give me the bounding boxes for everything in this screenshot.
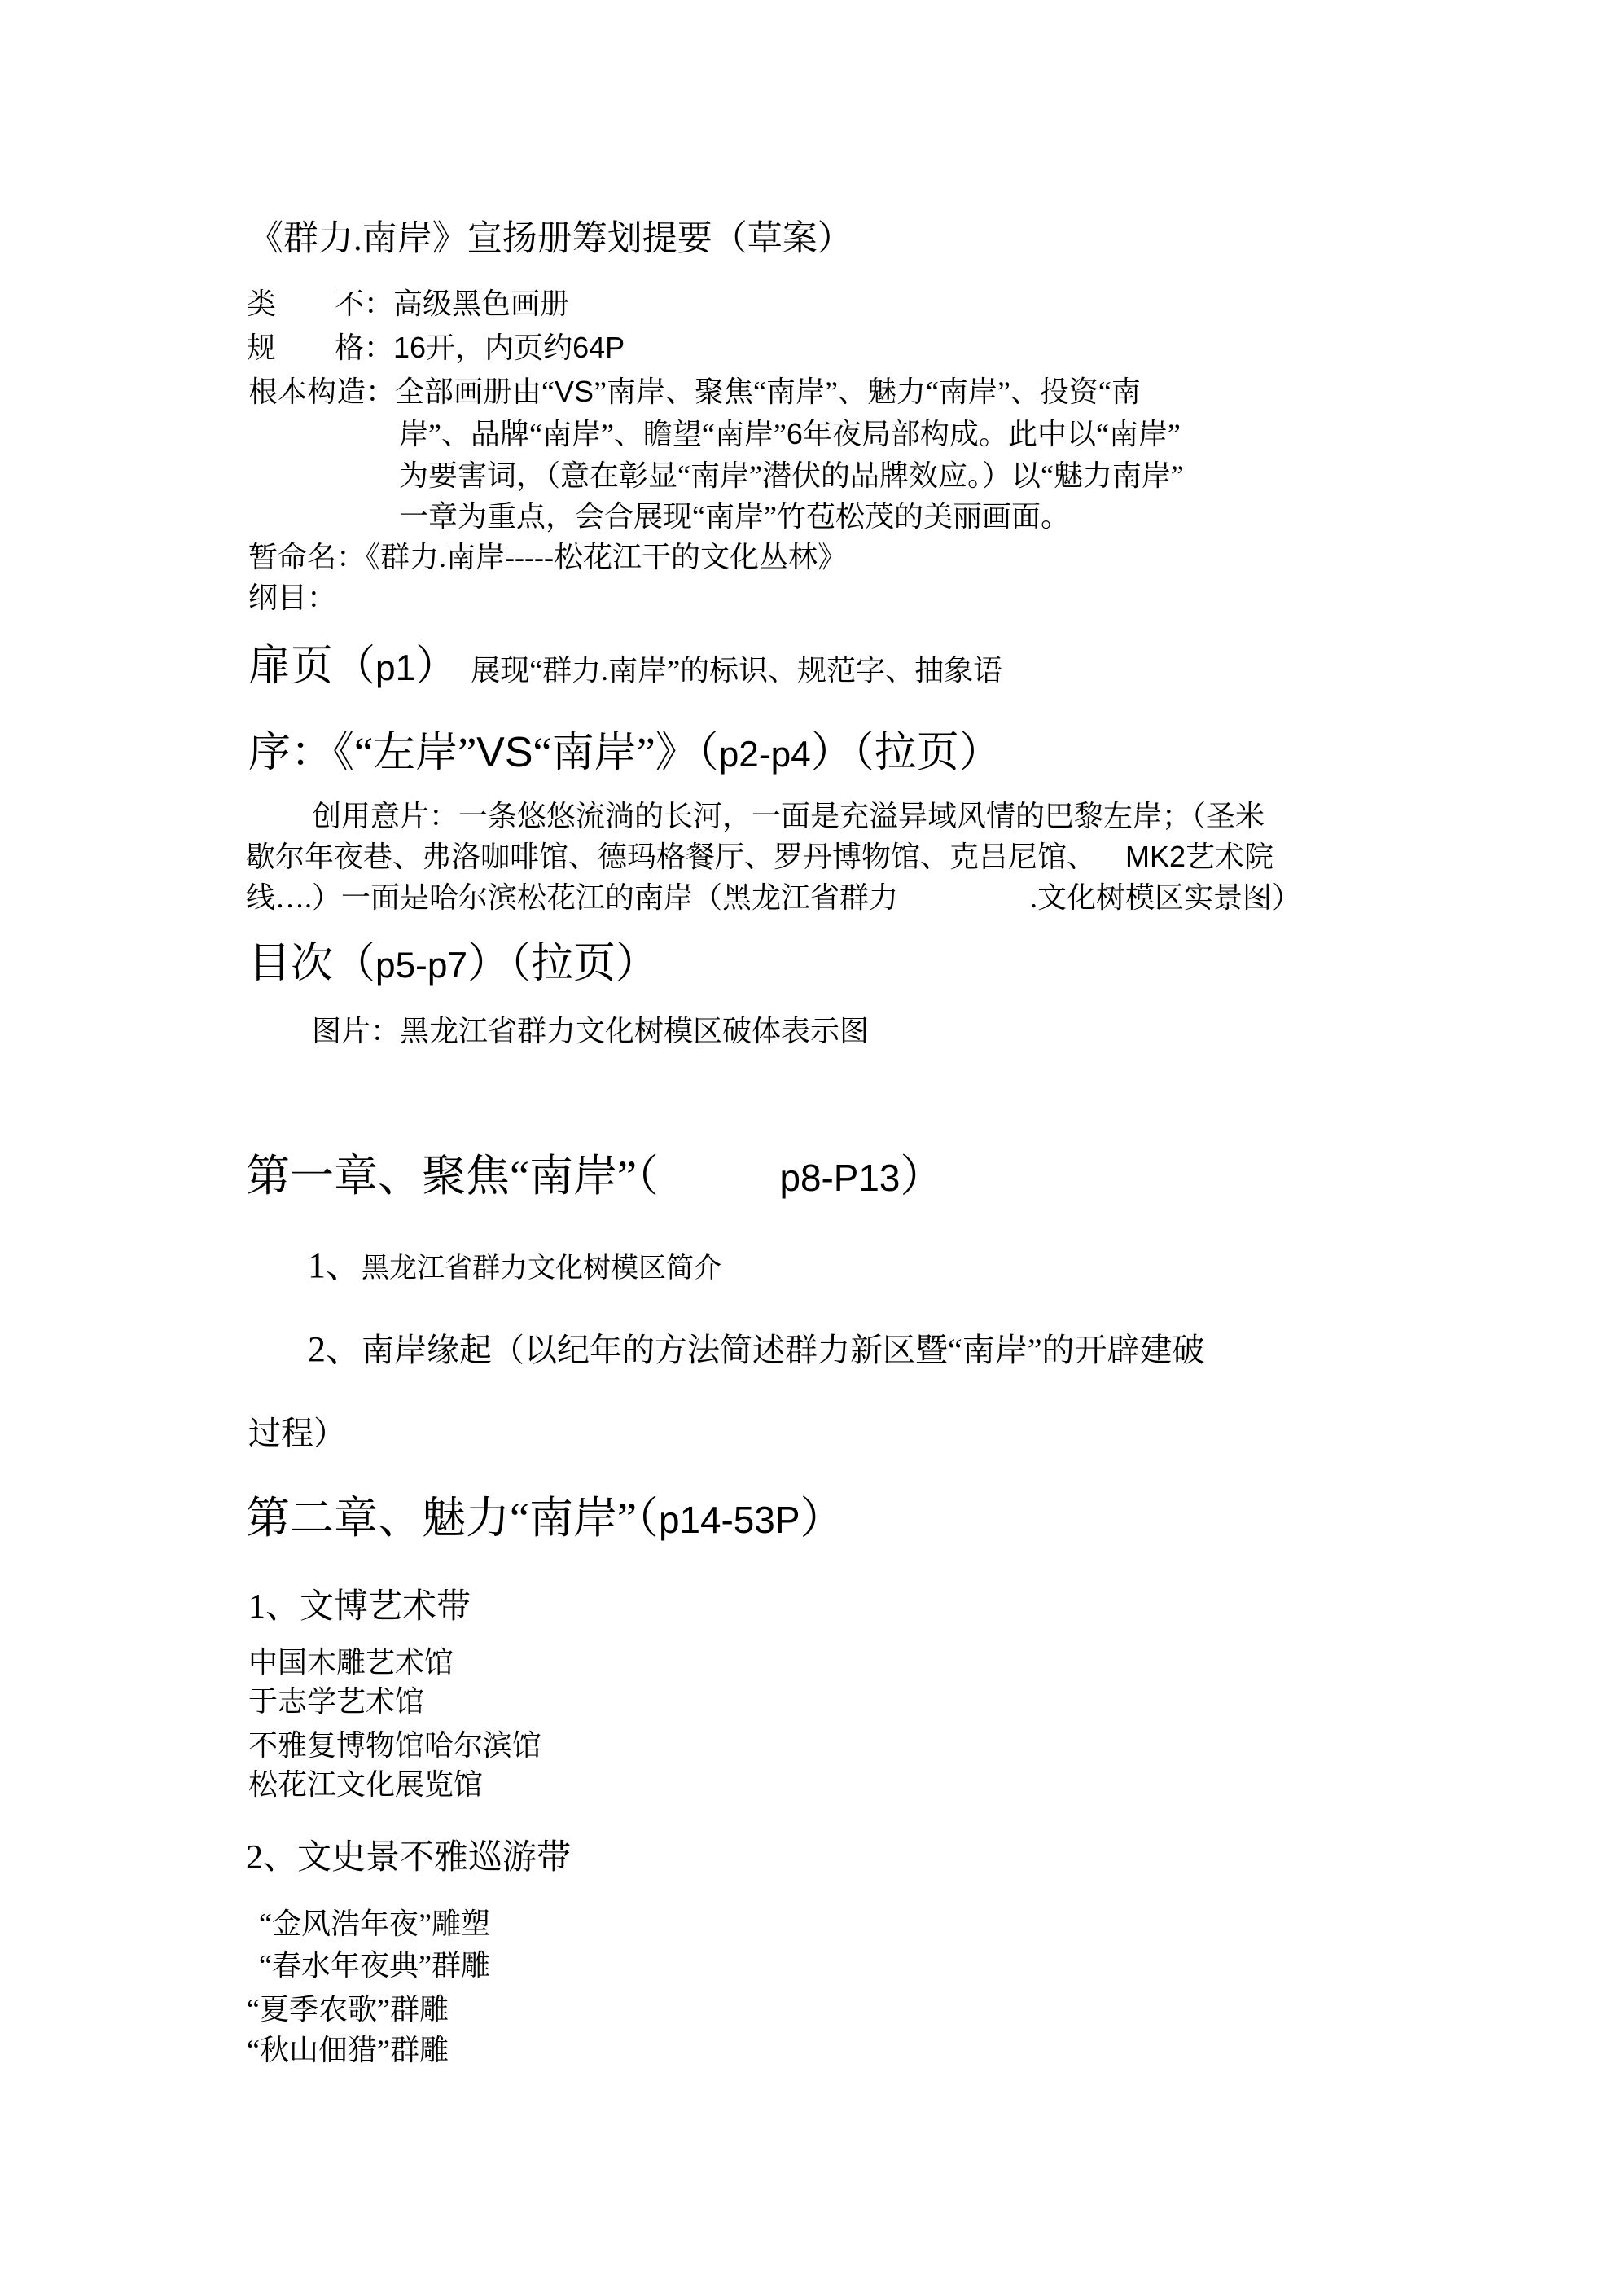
front-page-title: ） [415, 643, 458, 690]
chapter2-sub2-heading: 2、文史景不雅巡游带 [246, 1840, 571, 1877]
contents-title: 目次（ [248, 941, 375, 987]
paris-landmarks: 歇尔年夜巷、弗洛咖啡馆、德玛格餐厅、罗丹博物馆、克吕尼馆、 [246, 841, 1125, 873]
preface-para-line-3: 线….）一面是哈尔滨松花江的南岸（黑龙江省群力 .文化树模区实景图） [246, 882, 1301, 914]
chapter1-item-2-continuation: 过程） [248, 1416, 346, 1451]
item-number: 1、 [308, 1245, 362, 1285]
preface-para-line-1: 创用意片：一条悠悠流淌的长河，一面是充溢异域风情的巴黎左岸；（圣米 [312, 801, 1265, 832]
chapter2-title: 第二章、魅力“南岸”（ [246, 1494, 659, 1543]
category-line: 类 不：高级黑色画册 [247, 288, 569, 320]
sculpture-autumn-mountain-hunt: “秋山佃猎”群雕 [247, 2035, 449, 2066]
spec-label: 规 格： [247, 331, 393, 364]
page-ref-p2-p4: p2-p4 [719, 735, 811, 775]
spec-number: 16 [393, 331, 426, 364]
chapter2-heading: 第二章、魅力“南岸”（p14-53P） [246, 1495, 844, 1542]
spec-pages: 64P [572, 331, 625, 364]
preface-title: “南岸”》（ [533, 730, 719, 776]
paris-landmarks: 艺术院 [1186, 841, 1273, 873]
venue-china-wood-carving-museum: 中国木雕艺术馆 [248, 1647, 454, 1679]
mk2-text: MK2 [1125, 840, 1186, 873]
contents-heading: 目次（p5-p7）（拉页） [248, 942, 658, 987]
spec-text: 开，内页约 [426, 331, 572, 364]
chapter1-heading: 第一章、聚焦“南岸”（ p8-P13） [246, 1152, 944, 1200]
fold-page-note: ）（拉页） [811, 730, 1002, 776]
structure-line-4: 一章为重点，会合展现“南岸”竹苞松茂的美丽画面。 [399, 501, 1070, 533]
vs-text: VS [555, 375, 594, 408]
item-text: 黑龙江省群力文化树模区简介 [362, 1253, 721, 1284]
vs-text: VS [476, 729, 533, 776]
chapter1-item-2: 2、南岸缘起（以纪年的方法简述群力新区暨“南岸”的开辟建破 [308, 1330, 1205, 1369]
structure-label-and-text: 根本构造：全部画册由“ [248, 375, 555, 408]
item-number: 2、 [308, 1329, 362, 1369]
temp-name-line: 暂命名：《群力.南岸-----松花江干的文化丛林》 [248, 542, 847, 573]
chapter2-sub1-heading: 1、文博艺术带 [248, 1589, 471, 1626]
structure-text: 岸”、品牌“南岸”、瞻望“南岸” [399, 418, 787, 450]
item-text: 南岸缘起（以纪年的方法简述群力新区暨“南岸”的开辟建破 [362, 1332, 1205, 1368]
chapter1-title: 第一章、聚焦“南岸”（ [246, 1152, 779, 1201]
chapter2-title: ） [800, 1494, 844, 1543]
structure-line-1: 根本构造：全部画册由“VS”南岸、聚焦“南岸”、魅力“南岸”、投资“南 [248, 376, 1141, 408]
spec-line: 规 格：16开，内页约64P [247, 332, 625, 364]
sculpture-summer-farm-song: “夏季农歌”群雕 [247, 1994, 449, 2026]
preface-heading: 序：《“左岸”VS“南岸”》（p2-p4）（拉页） [248, 730, 1002, 776]
sculpture-golden-wind: “金风浩年夜”雕塑 [259, 1908, 490, 1940]
sculpture-spring-water-ceremony: “春水年夜典”群雕 [259, 1950, 490, 1982]
front-page-title: 扉页（ [248, 643, 375, 690]
structure-line-3: 为要害词，（意在彰显“南岸”潜伏的品牌效应。）以“魅力南岸” [399, 460, 1184, 492]
chapter-count: 6 [787, 417, 803, 450]
venue-songhua-river-culture-hall: 松花江文化展览馆 [248, 1769, 483, 1801]
structure-line-2: 岸”、品牌“南岸”、瞻望“南岸”6年夜局部构成。此中以“南岸” [399, 419, 1181, 450]
document-page: 《群力.南岸》宣扬册筹划提要（草案） 类 不：高级黑色画册 规 格：16开，内页… [0, 0, 1622, 2296]
front-page-heading: 扉页（p1）展现“群力.南岸”的标识、规范字、抽象语 [248, 644, 1002, 690]
structure-text: 年夜局部构成。此中以“南岸” [803, 418, 1181, 450]
venue-guanfu-museum-harbin: 不雅复博物馆哈尔滨馆 [248, 1730, 541, 1762]
document-title: 《群力.南岸》宣扬册筹划提要（草案） [248, 221, 853, 258]
preface-title: 序：《“左岸” [248, 730, 476, 776]
chapter1-item-1: 1、黑龙江省群力文化树模区简介 [308, 1246, 721, 1285]
page-ref-p5-p7: p5-p7 [375, 946, 467, 986]
page-ref-p14-53P: p14-53P [659, 1499, 800, 1541]
chapter1-title: ） [900, 1152, 944, 1201]
fold-page-note: ）（拉页） [467, 941, 658, 987]
contents-image-note: 图片：黑龙江省群力文化树模区破体表示图 [312, 1016, 869, 1047]
page-ref-p8-P13: p8-P13 [779, 1157, 900, 1199]
page-ref-p1: p1 [375, 648, 415, 688]
structure-text: ”南岸、聚焦“南岸”、魅力“南岸”、投资“南 [594, 375, 1141, 408]
venue-yu-zhixue-art-museum: 于志学艺术馆 [248, 1686, 424, 1718]
front-page-desc: 展现“群力.南岸”的标识、规范字、抽象语 [471, 654, 1002, 687]
preface-para-line-2: 歇尔年夜巷、弗洛咖啡馆、德玛格餐厅、罗丹博物馆、克吕尼馆、 MK2艺术院 [246, 841, 1273, 873]
outline-label: 纲目： [248, 582, 336, 614]
